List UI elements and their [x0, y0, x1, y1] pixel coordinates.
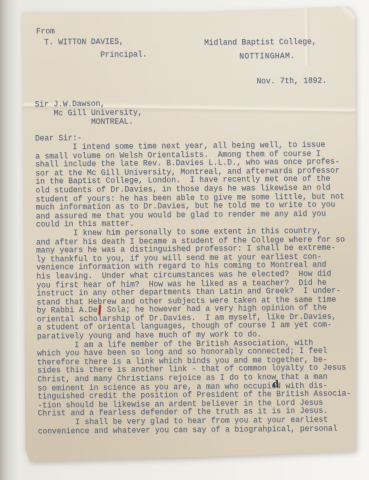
handwritten-correction-d: d — [272, 379, 280, 390]
scan-background: From T. WITTON DAVIES, Principal. Midlan… — [0, 0, 369, 480]
letter-body: I intend some time next year, all being … — [35, 141, 351, 436]
sender-title: Principal. — [100, 51, 147, 60]
letter-date: Nov. 7th, 1892. — [257, 78, 327, 87]
recipient-address: Sir J.W.Dawson, Mc Gill University, MONT… — [35, 100, 143, 127]
paper-corner-fold — [341, 6, 355, 20]
sender-name: T. WITTON DAVIES, — [44, 39, 124, 48]
letter-page-wrap: From T. WITTON DAVIES, Principal. Midlan… — [21, 6, 359, 461]
paper-crease-vertical — [304, 7, 311, 65]
salutation: Dear Sir:- — [35, 135, 82, 144]
organization-city: NOTTINGHAM. — [239, 53, 295, 62]
letter-page: From T. WITTON DAVIES, Principal. Midlan… — [21, 6, 359, 461]
organization-name: Midland Baptist College, — [204, 39, 316, 49]
from-label: From — [36, 28, 55, 37]
letter-line: MONTREAL. — [35, 118, 143, 128]
